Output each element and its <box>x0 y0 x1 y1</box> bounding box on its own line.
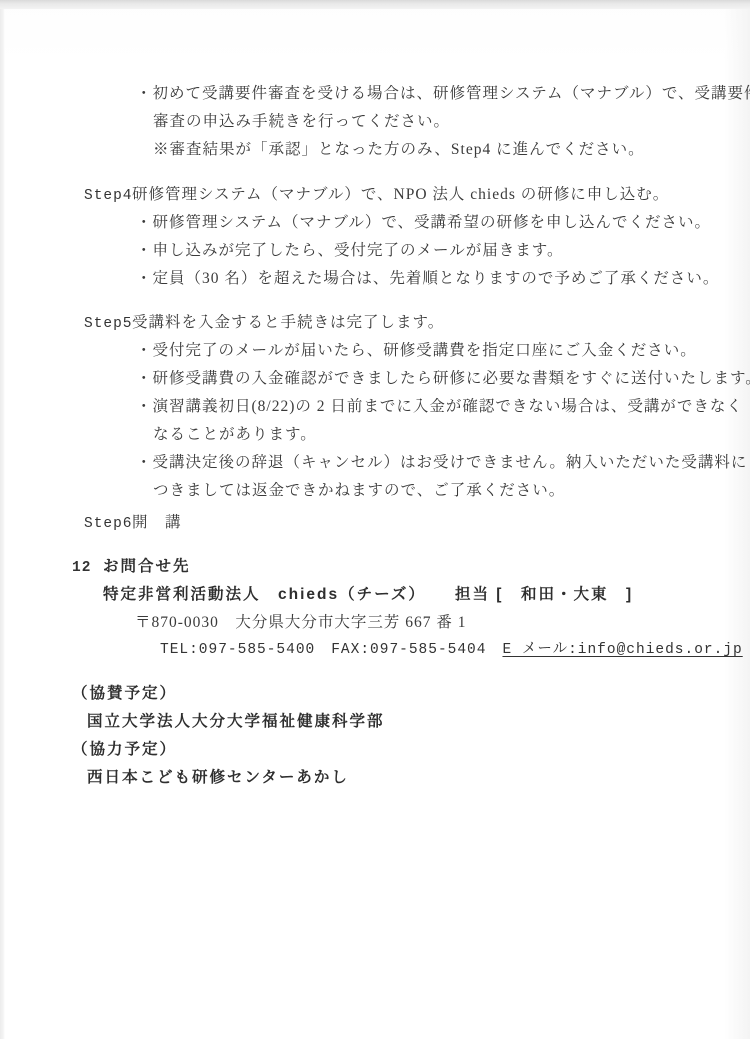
intro-bullet-line: ・初めて受講要件審査を受ける場合は、研修管理システム（マナブル）で、受講要件 <box>136 84 750 104</box>
contact-fax: FAX:097-585-5404 <box>331 640 486 660</box>
sponsor-name: 国立大学法人大分大学福祉健康科学部 <box>87 712 385 732</box>
step5-bullet-cont: なることがあります。 <box>153 425 317 445</box>
contact-phone-row: TEL:097-585-5400 FAX:097-585-5404 E メール:… <box>160 640 743 660</box>
page-right-shadow <box>724 9 750 1039</box>
contact-staff: 担当 [ 和田・大東 ] <box>455 585 633 605</box>
step4-bullet: ・申し込みが完了したら、受付完了のメールが届きます。 <box>136 241 563 261</box>
coop-name: 西日本こども研修センターあかし <box>87 768 349 788</box>
intro-note-line: ※審査結果が「承認」となった方のみ、Step4 に進んでください。 <box>153 140 645 160</box>
contact-address: 〒870-0030 大分県大分市大字三芳 667 番 1 <box>135 613 467 633</box>
contact-org-name: 特定非営利活動法人 chieds（チーズ） <box>103 585 426 605</box>
page-left-edge <box>0 9 5 1039</box>
step5-bullet: ・受付完了のメールが届いたら、研修受講費を指定口座にご入金ください。 <box>136 341 697 361</box>
step4-title: 研修管理システム（マナブル）で、NPO 法人 chieds の研修に申し込む。 <box>132 185 669 205</box>
coop-label: （協力予定） <box>72 740 177 760</box>
step5-bullet: ・受講決定後の辞退（キャンセル）はお受けできません。納入いただいた受講料に <box>136 453 747 473</box>
step4-label: Step4 <box>84 186 133 206</box>
intro-bullet-cont-line: 審査の申込み手続きを行ってください。 <box>153 112 450 132</box>
step6-title: 開 講 <box>132 513 182 533</box>
step5-bullet: ・研修受講費の入金確認ができましたら研修に必要な書類をすぐに送付いたします。 <box>136 369 750 389</box>
sponsor-label: （協賛予定） <box>72 684 177 704</box>
document-page: ・初めて受講要件審査を受ける場合は、研修管理システム（マナブル）で、受講要件 審… <box>0 0 750 1039</box>
step5-bullet-cont: つきましては返金できかねますので、ご了承ください。 <box>153 481 565 501</box>
contact-email-link[interactable]: E メール:info@chieds.or.jp <box>502 640 742 660</box>
step5-label: Step5 <box>84 314 133 334</box>
step5-title: 受講料を入金すると手続きは完了します。 <box>132 313 444 333</box>
step5-bullet: ・演習講義初日(8/22)の 2 日前までに入金が確認できない場合は、受講ができ… <box>136 397 743 417</box>
step6-label: Step6 <box>84 514 133 534</box>
step4-bullet: ・定員（30 名）を超えた場合は、先着順となりますので予めご了承ください。 <box>136 269 719 289</box>
contact-tel: TEL:097-585-5400 <box>160 640 315 660</box>
contact-section-heading: お問合せ先 <box>103 557 191 577</box>
step4-bullet: ・研修管理システム（マナブル）で、受講希望の研修を申し込んでください。 <box>136 213 711 233</box>
page-top-edge <box>0 0 750 9</box>
contact-section-number: 12 <box>72 558 91 578</box>
